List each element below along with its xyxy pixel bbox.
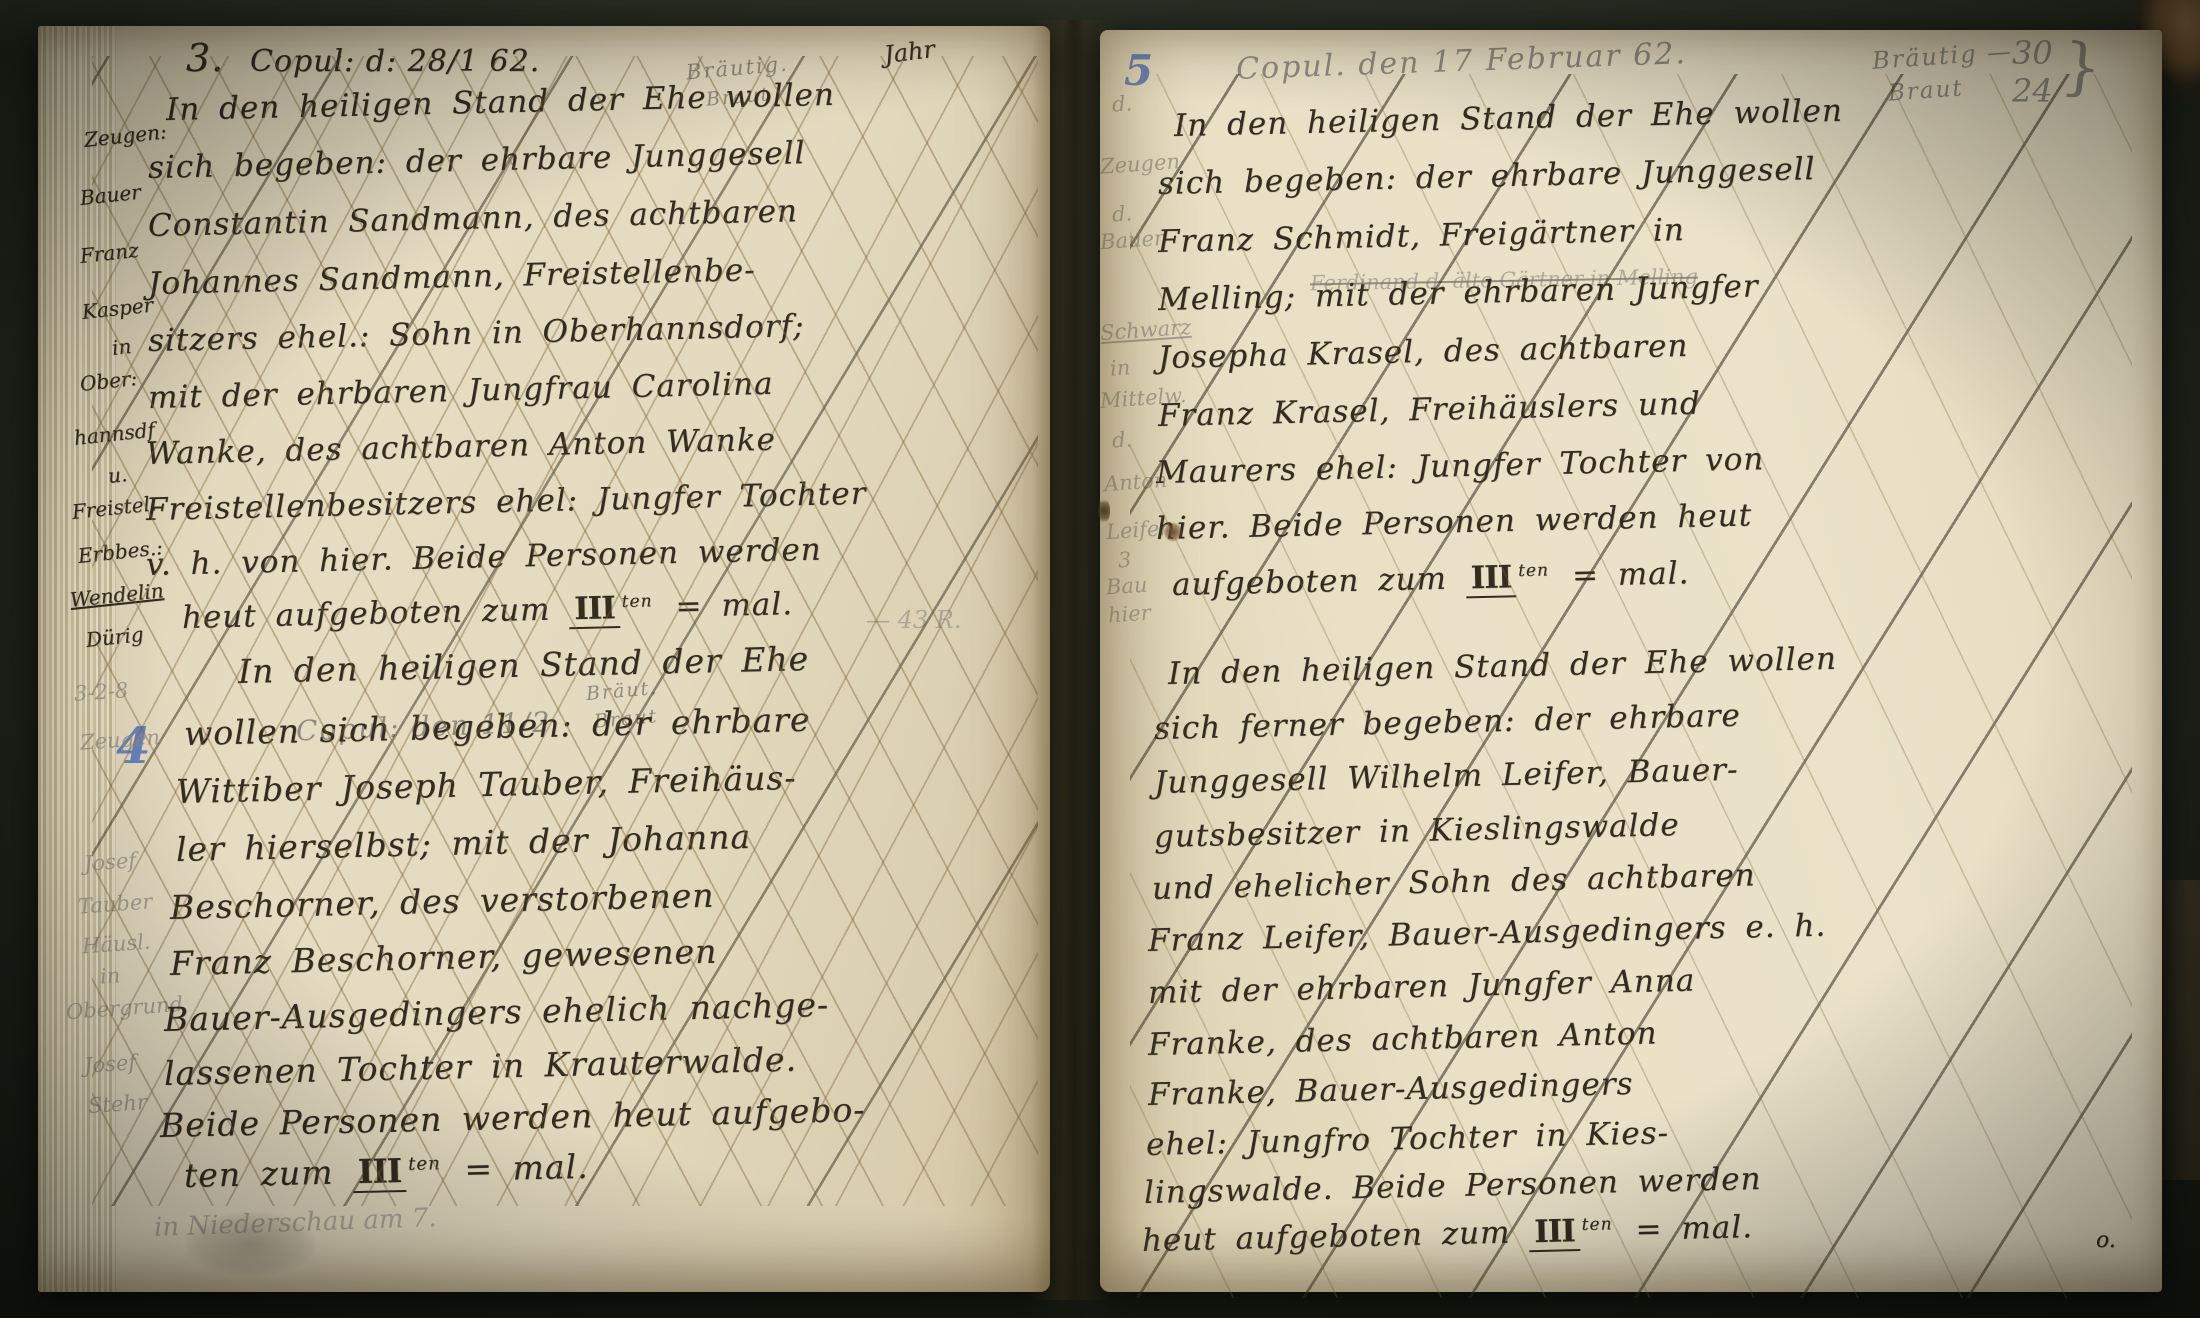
margin-note: Tauber [77, 889, 153, 918]
pencil-amount-note: — 43 R. [866, 606, 962, 634]
manuscript-line: mit der ehrbaren Jungfer Anna [1148, 963, 1696, 1011]
manuscript-line: Franz Leifer, Bauer-Ausgedingers e. h. [1148, 908, 1827, 959]
banns-ordinal-suffix: ten [1518, 560, 1549, 581]
banns-roman-numeral: III [1465, 559, 1516, 598]
margin-note: in [111, 334, 133, 360]
manuscript-line: hier. Beide Personen werden heut [1156, 497, 1753, 547]
right-page: 5 Copul. den 17 Februar 62. Bräutig — 30… [1100, 30, 2162, 1292]
manuscript-line: Johannes Sandmann, Freistellenbe- [148, 252, 756, 302]
margin-note: hier [1107, 601, 1151, 628]
manuscript-line-banns-count: heut aufgeboten zum IIIten = mal. [1142, 1209, 1754, 1259]
manuscript-line: In den heiligen Stand der Ehe [238, 639, 810, 691]
banns-text: = mal. [1616, 1209, 1753, 1248]
manuscript-line: v. h. von hier. Beide Personen werden [146, 532, 822, 583]
banns-text: heut aufgeboten zum [182, 591, 570, 636]
manuscript-line: Melling; mit der ehrbaren Jungfer [1158, 268, 1759, 318]
manuscript-line: sich begeben: der ehrbare Junggesell [1158, 151, 1816, 202]
manuscript-line: Wanke, des achtbaren Anton Wanke [146, 422, 777, 472]
groom-pencil-label: Bräutig — [1871, 37, 2014, 75]
banns-text: = mal. [656, 586, 793, 625]
manuscript-line: Beschorner, des verstorbenen [170, 876, 715, 927]
banns-roman-numeral: III [352, 1151, 406, 1193]
margin-note: Dürig [85, 622, 145, 652]
banns-text: = mal. [1553, 555, 1690, 594]
entry5-number: 5 [1124, 46, 1153, 95]
manuscript-line: und ehelicher Sohn des achtbaren [1152, 857, 1756, 907]
ages-brace: } [2058, 28, 2105, 105]
manuscript-line: Franz Krasel, Freihäuslers und [1158, 386, 1702, 434]
margin-note: 3-2-8 [73, 678, 129, 706]
manuscript-line: Josepha Krasel, des achtbaren [1158, 328, 1689, 376]
entry3-copulation-date: Copul: d: 28/1 62. [250, 44, 540, 79]
manuscript-line-banns-count: heut aufgeboten zum IIIten = mal. [182, 586, 794, 636]
margin-note: Josef [83, 1050, 137, 1078]
margin-note: Ober: [79, 366, 139, 396]
manuscript-line: Franke, des achtbaren Anton [1148, 1015, 1658, 1063]
banns-roman-numeral: III [569, 590, 620, 629]
banns-ordinal-suffix: ten [621, 591, 652, 612]
margin-note: d. [1111, 91, 1133, 116]
banns-ordinal-suffix: ten [1581, 1214, 1612, 1235]
manuscript-line: Franz Schmidt, Freigärtner in [1158, 212, 1686, 260]
manuscript-line: Wittiber Joseph Tauber, Freihäus- [176, 758, 797, 811]
manuscript-line: Franke, Bauer-Ausgedingers [1148, 1066, 1634, 1113]
manuscript-line: sitzers ehel.: Sohn in Oberhannsdorf; [148, 308, 805, 359]
manuscript-line-banns-count: ten zum IIIten = mal. [184, 1147, 589, 1195]
banns-text: aufgeboten zum [1172, 560, 1467, 603]
manuscript-line: sich begeben: der ehrbare Junggesell [148, 135, 806, 186]
margin-note: Franz [79, 238, 140, 268]
left-page: 3. Copul: d: 28/1 62. Bräutig. Braut Jah… [38, 26, 1050, 1292]
margin-note: Josef [83, 848, 137, 876]
manuscript-line: Bauer-Ausgedingers ehelich nachge- [164, 985, 830, 1039]
manuscript-line: sich ferner begeben: der ehrbare [1154, 698, 1742, 747]
manuscript-line: In den heiligen Stand der Ehe wollen [1174, 93, 1844, 144]
margin-note: d. [1111, 427, 1133, 452]
manuscript-line: Franz Beschorner, gewesenen [170, 932, 718, 983]
manuscript-line: In den heiligen Stand der Ehe wollen [166, 77, 836, 128]
margin-note: Bauer [79, 180, 142, 210]
manuscript-line: lingswalde. Beide Personen werden [1144, 1161, 1762, 1211]
bride-pencil-label: Braut [1887, 75, 1964, 106]
margin-note: d. [1111, 201, 1133, 226]
manuscript-line: mit der ehrbaren Jungfrau Carolina [148, 366, 774, 416]
manuscript-line: ehel: Jungfro Tochter in Kies- [1146, 1115, 1670, 1163]
margin-note: in [99, 963, 121, 988]
margin-note: Bau [1105, 573, 1148, 600]
banns-text: = mal. [444, 1147, 588, 1189]
margin-note: in [1109, 355, 1131, 380]
manuscript-line: ler hierselbst; mit der Johanna [176, 817, 752, 869]
manuscript-line: In den heiligen Stand der Ehe wollen [1168, 641, 1838, 692]
margin-note: u. [107, 462, 129, 488]
year-label: Jahr [882, 35, 936, 69]
manuscript-line: Maurers ehel: Jungfer Tochter von [1156, 441, 1765, 491]
margin-note: Stehr [87, 1090, 147, 1118]
church-register-scan: 3. Copul: d: 28/1 62. Bräutig. Braut Jah… [0, 0, 2200, 1318]
manuscript-line: gutsbesitzer in Kieslingswalde [1154, 807, 1680, 855]
manuscript-line-banns-count: aufgeboten zum IIIten = mal. [1172, 555, 1690, 603]
banns-text: heut aufgeboten zum [1142, 1214, 1530, 1259]
manuscript-line: Junggesell Wilhelm Leifer, Bauer- [1154, 752, 1739, 801]
footer-pencil-note: in Niederschau am 7. [154, 1203, 437, 1243]
manuscript-line: Freistellenbesitzers ehel: Jungfer Tocht… [146, 476, 867, 528]
banns-ordinal-suffix: ten [408, 1153, 441, 1175]
bride-age: 24 [2012, 72, 2053, 110]
entry3-number: 3. [186, 36, 224, 80]
manuscript-line: wollen sich begeben: der ehrbare [184, 700, 811, 753]
bottom-margin-mark: o. [2096, 1228, 2116, 1253]
margin-note: Bauer [1099, 226, 1164, 254]
margin-note: 3 [1117, 548, 1132, 573]
banns-text: ten zum [184, 1152, 354, 1195]
margin-note: Häusl. [81, 930, 151, 959]
entry5-copulation-date-pencil: Copul. den 17 Februar 62. [1236, 36, 1688, 87]
groom-age: 30 [2012, 34, 2053, 72]
manuscript-line: Constantin Sandmann, des achtbaren [148, 193, 799, 244]
manuscript-line: lassenen Tochter in Krauterwalde. [164, 1040, 798, 1093]
banns-roman-numeral: III [1529, 1213, 1580, 1252]
manuscript-line: Beide Personen werden heut aufgebo- [160, 1090, 866, 1145]
